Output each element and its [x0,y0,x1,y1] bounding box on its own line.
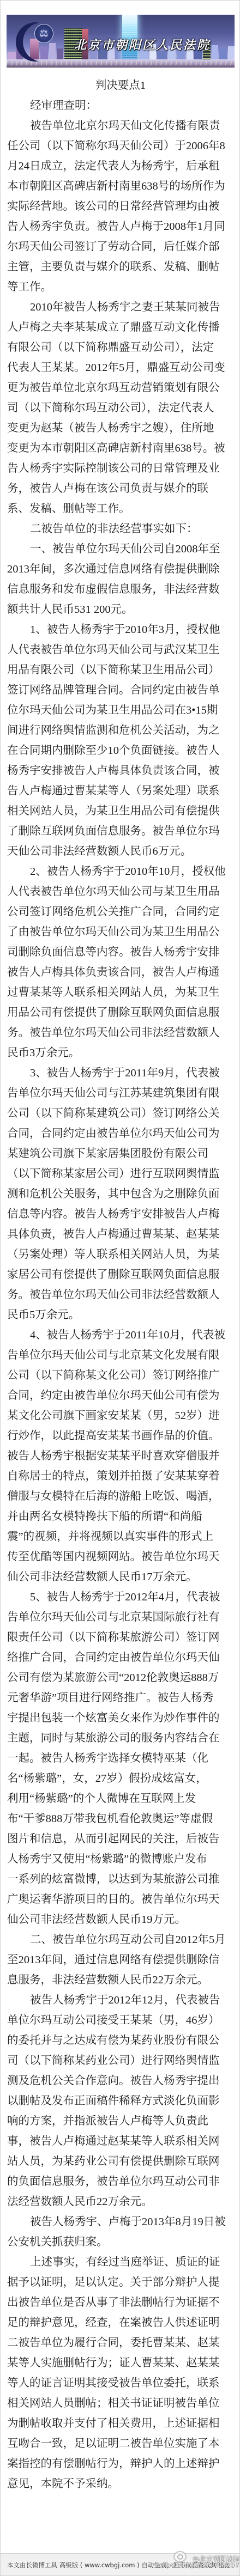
text-line: 实际经营地。该公司的日常经营管理均由被 [7,197,234,217]
text-line: 间进行网络舆情监测和危机公关活动，为之 [7,721,234,741]
paragraph-item-1: 1、被告人杨秀宇于2010年3月，授权他 人代表被告单位尔玛天仙公司与武汉某卫生… [7,620,234,862]
text-line: 人卢梅之夫李某某成立了鼎盛互动文化传播 [7,318,234,338]
text-line: 布“干爹888万带我包机看伦敦奥运”等虚假 [7,1809,234,1829]
paragraph-item-3: 3、被告人杨秀宇于2011年9月，代表被 告单位尔玛天仙公司与江苏某建筑集团有限… [7,1063,234,1325]
text-line: 被告人杨秀宇、卢梅于2013年8月19日被 [7,2212,234,2232]
text-line: 被告单位北京尔玛天仙文化传播有限责 [7,116,234,136]
text-line: 被告人杨秀宇根据安某某平时喜欢穿僧服并 [7,1446,234,1466]
document-body: 判决要点1 经审理查明： 被告单位北京尔玛天仙文化传播有限责 任公司（以下简称尔… [7,76,234,2494]
text-line: 公司签订网络危机公关推广合同，合同约定 [7,902,234,922]
text-line: 测和危机公关服务，其中包含为之删除负面 [7,1184,234,1204]
text-line: 相关网站人员，为某卫生用品公司有偿提供 [7,801,234,821]
banner-title: 北京市朝阳区人民法院 [74,36,211,53]
text-line: 尔玛天仙公司签订了劳动合同，后任媒介部 [7,237,234,257]
text-line: 告人杨秀宇实际控制该公司的日常管理及业 [7,459,234,479]
text-line: 震”的视频，并将视频以真实事件的形式上 [7,1527,234,1547]
text-line: 互吻合一致，足以证明二被告单位实施了本 [7,2434,234,2454]
text-line: 至2013年间，通过信息网络有偿提供删除信 [7,1950,234,1970]
text-line: 二、被告单位尔玛互动公司自2012年5月 [7,1930,234,1950]
text-line: 司（以下简称某药业公司）进行网络舆情监 [7,2051,234,2071]
text-line: 本市朝阳区高碑店新村南里638号的场所作为 [7,176,234,197]
paragraph-part-one-summary: 一、被告单位尔玛天仙公司自2008年至 2013年间，多次通过信息网络有偿提供删… [7,539,234,620]
text-line: 天仙公司非法经营数额人民币6万元。 [7,842,234,862]
paragraph-company-background: 被告单位北京尔玛天仙文化传播有限责 任公司（以下简称尔玛天仙公司）于2006年8… [7,116,234,297]
text-line: 某等人实施删帖行为；证人曹某某、赵某某 [7,2353,234,2373]
document-title: 判决要点1 [7,76,234,96]
text-line: 一系列的炫富微博，以达到为某旅游公司推 [7,1869,234,1890]
text-line: 公司（以下简称某文化公司）签订网络推广 [7,1366,234,1386]
text-line: 自称居士的特点，策划并拍摄了安某某穿着 [7,1466,234,1487]
text-line: （另案处理）等人联系相关网站人员，为某 [7,1245,234,1265]
paragraph-item-5: 5、被告人杨秀宇于2012年4月，代表被 告单位尔玛天仙公司与北京某国际旅行社有… [7,1587,234,1930]
text-line: 图片和信息，从而引起网民的关注，后被告 [7,1829,234,1849]
text-line: 家居公司有偿提供了删除互联网负面信息服 [7,1265,234,1285]
text-line: 名“杨紫璐”，女，27岁）假扮成炫富女， [7,1769,234,1789]
text-line: 2010年被告人杨秀宇之妻王某某同被告 [7,297,234,318]
text-line: 变更为赵某（被告人杨秀宇之嫂），住所地 [7,418,234,439]
text-line: 限责任公司（以下简称某旅游公司）签订网 [7,1628,234,1648]
text-line: 2、被告人杨秀宇于2010年10月，授权他 [7,862,234,882]
text-line: 3、被告人杨秀宇于2011年9月，代表被 [7,1063,234,1083]
intro-heading: 经审理查明： [7,96,234,116]
text-line: 某文化公司旗下画家安某某（男，52岁）进 [7,1406,234,1426]
text-line: 等工作。 [7,277,234,297]
footer: 本文由长微博工具 高级版 ( www.cwbgj.com ) 自动生成，但不代表… [1,2553,239,2576]
text-line: 意见，本院不予采纳。 [7,2474,234,2494]
text-line: 事，被告人卢梅通过赵某某等人联系相关网 [7,2132,234,2152]
page: ⚖ 北京市朝阳区人民法院 判决要点1 经审理查明： 被告单位北京尔玛天仙文化传播… [0,0,240,2576]
text-line: 主题，同时与某旅游公司的服务内容结合在 [7,1728,234,1749]
text-line: 一、被告单位尔玛天仙公司自2008年至 [7,539,234,559]
text-line: 系、发稿、删帖等工作。 [7,499,234,519]
text-line: 行炒作，以此提高安某某书画作品的价值。 [7,1426,234,1446]
text-line: 5、被告人杨秀宇于2012年4月，代表被 [7,1587,234,1607]
watermark-url: weibo.com/u/3957042973 [154,2561,240,2569]
text-line: 二被告单位的非法经营事实如下： [7,519,234,539]
text-line: 1、被告人杨秀宇于2010年3月，授权他 [7,620,234,640]
court-emblem-icon: ⚖ [34,24,53,43]
text-line: 出被告单位是否从事了非法删帖行为证据不 [7,2293,234,2313]
text-line: 宇提出包装一个炫富美女来作为炒作事件的 [7,1708,234,1728]
text-line: 额共计人民币531 200元。 [7,600,234,620]
text-line: 仙公司非法经营数额人民币19万元。 [7,1910,234,1930]
text-line: 民币3万余元。 [7,1043,234,1063]
text-line: 僧服与女模特在后海的游船上吃饭、喝酒， [7,1487,234,1507]
text-line: 用品有限公司（以下简称某卫生用品公司） [7,660,234,680]
text-line: 告人杨秀宇负责。被告人卢梅于2008年1月同 [7,217,234,237]
text-line: 任公司（以下简称尔玛天仙公司）于2006年8 [7,136,234,156]
scales-of-justice-icon: ⚖ [39,29,48,39]
text-line: 广奥运奢华游项目的目的。被告单位尔玛天 [7,1890,234,1910]
text-line: 案指控的有偿删帖行为，辩护人的上述辩护 [7,2454,234,2474]
text-line: 了删除互联网负面信息服务。被告单位尔玛 [7,821,234,842]
text-line: 一起。被告人杨秀宇选择女模特巫某（化 [7,1749,234,1769]
text-line: 法经营数额人民币22万余元。 [7,2192,234,2212]
text-line: 公司有偿为某旅游公司“2012伦敦奥运888万 [7,1668,234,1688]
text-line: 人代表被告单位尔玛天仙公司与武汉某卫生 [7,640,234,660]
text-line: 公安机关抓获归案。 [7,2232,234,2252]
text-line: 代表人王某某。2012年5月，鼎盛互动公司变 [7,358,234,378]
text-line: 更为被告单位北京尔玛互动营销策划有限公 [7,378,234,398]
text-line: 元奢华游”项目进行网络推广。被告人杨秀 [7,1688,234,1708]
text-line: 合同，约定由被告单位尔玛天仙公司有偿为 [7,1386,234,1406]
text-line: 某建筑公司旗下某家居集团股份有限公司 [7,1144,234,1164]
text-line: 息服务，非法经营数额人民币22万余元。 [7,1970,234,1990]
paragraph-part-two-detail: 被告人杨秀宇于2012年12月，代表被告 单位尔玛互动公司接受王某某（男，46岁… [7,1990,234,2212]
text-line: 被告人杨秀宇于2012年12月，代表被告 [7,1990,234,2011]
text-line: 仙公司非法经营数额人民币17万余元。 [7,1567,234,1587]
paragraph-arrest: 被告人杨秀宇、卢梅于2013年8月19日被 公安机关抓获归案。 [7,2212,234,2252]
text-line: 民币5万余元。 [7,1305,234,1325]
text-line: 响的方案，并指派被告人卢梅等人负责此 [7,2111,234,2132]
text-line: 签订网络品牌管理合同。合同约定由被告单 [7,680,234,701]
text-line: 司删除负面信息等内容。被告人杨秀宇安排 [7,942,234,963]
text-line: 络推广合同，合同约定由被告单位尔玛天仙 [7,1648,234,1668]
text-line: 合同，合同约定由被告单位尔玛天仙公司为 [7,1124,234,1144]
text-line: 司（以下简称尔玛互动公司），法定代表人 [7,398,234,418]
text-line: 告人卢梅通过曹某某等人（另案处理）联系 [7,781,234,801]
text-line: 的负面信息服务，被告单位尔玛互动公司非 [7,2172,234,2192]
paragraph-item-2: 2、被告人杨秀宇于2010年10月，授权他 人代表被告单位尔玛天仙公司与某卫生用… [7,862,234,1063]
paragraph-court-finding: 上述事实，有经过当庭举证、质证的证 据予以证明，足以认定。关于部分辩护人提 出被… [7,2252,234,2494]
text-line: 用品公司有偿提供了删除互联网负面信息服 [7,1003,234,1023]
text-line: 告单位尔玛天仙公司与北京某国际旅行社有 [7,1607,234,1628]
text-line: 据予以证明，足以认定。关于部分辩护人提 [7,2273,234,2293]
text-line: （以下简称某家居公司）进行互联网舆情监 [7,1164,234,1184]
text-line: 2013年间，多次通过信息网络有偿提供删除 [7,559,234,580]
text-line: 过曹某某等人联系相关网站人员，为某卫生 [7,983,234,1003]
text-line: 务。被告单位尔玛天仙公司非法经营数额人 [7,1285,234,1305]
text-line: 站人员，为某药业公司有偿提供删除互联网 [7,2152,234,2172]
text-line: 等人的证言证明其接受被告单位委托，联系 [7,2373,234,2394]
text-line: 信息服务和发布虚假信息服务，非法经营数 [7,580,234,600]
text-line: 公司（以下简称某建筑公司）签订网络公关 [7,1104,234,1124]
text-line: 被告人卢梅具体负责该合同，被告人卢梅通 [7,963,234,983]
court-banner: ⚖ 北京市朝阳区人民法院 [7,15,235,68]
text-line: 人代表被告单位尔玛天仙公司与某卫生用品 [7,882,234,902]
text-line: 位尔玛天仙公司为某卫生用品公司在3•15期 [7,701,234,721]
text-line: 并由两名女模特搀扶下船的所谓“和尚船 [7,1507,234,1527]
text-line: 务。被告单位尔玛天仙公司非法经营数额人 [7,1023,234,1043]
text-line: 单位尔玛互动公司接受王某某（男，46岁） [7,2011,234,2031]
text-line: 变更为本市朝阳区高碑店新村南里638号。被 [7,439,234,459]
text-line: 上述事实，有经过当庭举证、质证的证 [7,2252,234,2273]
text-line: 人杨秀宇又使用“杨紫璐”的微博账户发布 [7,1849,234,1869]
text-line: 主管，主要负责与媒介的联系、发稿、删帖 [7,257,234,277]
paragraph-item-4: 4、被告人杨秀宇于2011年10月，代表被 告单位尔玛天仙公司与北京某文化发展有… [7,1325,234,1587]
paragraph-part-two-summary: 二、被告单位尔玛互动公司自2012年5月 至2013年间，通过信息网络有偿提供删… [7,1930,234,1990]
text-line: 足的辩护意见，经查，在案被告人供述证明 [7,2313,234,2333]
text-line: 二被告单位为履行合同，委托曹某某、赵某 [7,2333,234,2353]
text-line: 4、被告人杨秀宇于2011年10月，代表被 [7,1325,234,1345]
section-heading: 二被告单位的非法经营事实如下： [7,519,234,539]
text-line: 为删帖收取并支付了相关费用，上述证据相 [7,2414,234,2434]
text-line: 杨秀宇安排被告人卢梅具体负责该合同，被 [7,761,234,781]
text-line: 有限公司（以下简称鼎盛互动公司），法定 [7,338,234,358]
paragraph-second-company: 2010年被告人杨秀宇之妻王某某同被告 人卢梅之夫李某某成立了鼎盛互动文化传播 … [7,297,234,519]
text-line: 具体负责，被告人卢梅通过曹某某、赵某某 [7,1225,234,1245]
text-line: 的委托并与之达成有偿为某药业股份有限公 [7,2031,234,2051]
text-line: 相关网站人员删帖；相关书证证明被告单位 [7,2394,234,2414]
text-line: 务，被告人卢梅在该公司负责与媒介的联 [7,479,234,499]
text-line: 告单位尔玛天仙公司与江苏某建筑集团有限 [7,1083,234,1104]
text-line: 月24日成立，法定代表人为杨秀宇，后承租 [7,156,234,176]
text-line: 以删帖及发布正面稿件稀释方式淡化负面影 [7,2091,234,2111]
text-line: 信息等内容。被告人杨秀宇安排被告人卢梅 [7,1204,234,1225]
text-line: 测及危机公关合作意向。被告人杨秀宇提出 [7,2071,234,2091]
text-line: 了由被告单位尔玛天仙公司为某卫生用品公 [7,922,234,942]
text-line: 告单位尔玛天仙公司与北京某文化发展有限 [7,1345,234,1366]
text-line: 在合同期内删除至少10个负面链接。被告人 [7,741,234,761]
text-line: 利用“杨紫璐”的个人微博在互联网上发 [7,1789,234,1809]
text-line: 传至优酷等国内视频网站。被告单位尔玛天 [7,1547,234,1567]
